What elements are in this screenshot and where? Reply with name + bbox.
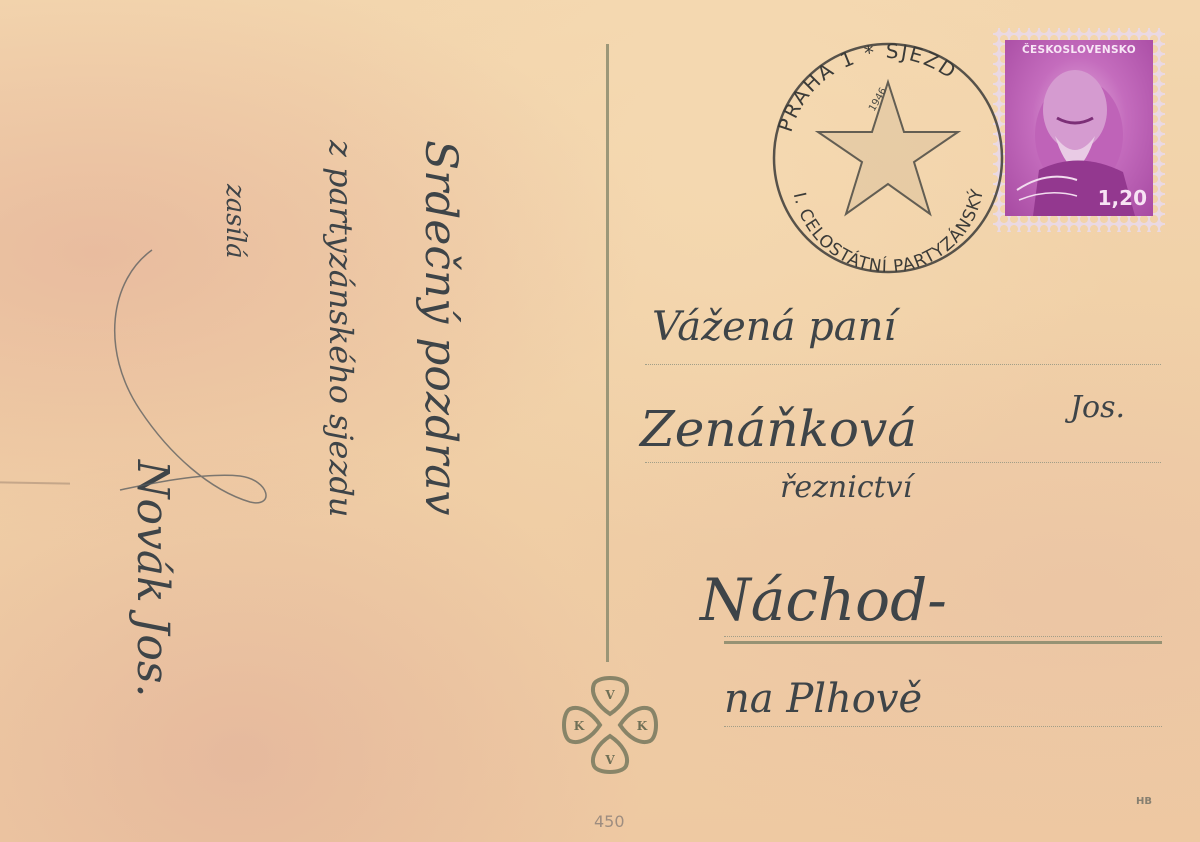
stamp-country: ČESKOSLOVENSKO [1005,44,1153,56]
logo-letter-left: K [574,719,585,733]
address-district: na Plhově [724,676,922,722]
postmark-cancellation: PRAHA 1 * SJEZD I. CELOSTÁTNÍ PARTYZÁNSK… [762,36,1014,280]
stamp-value: 1,20 [1098,186,1147,210]
paper-crease [0,481,70,484]
signature-flourish [100,240,280,520]
logo-letter-bottom: V [604,753,615,767]
address-name-suffix: Jos. [1070,390,1125,425]
address-rule-3-solid [724,641,1162,644]
logo-letter-right: K [637,719,648,733]
address-city: Náchod- [700,566,947,634]
address-rule-3 [724,636,1162,637]
address-business: řeznictví [780,470,912,505]
pencil-note: 450 [594,812,625,831]
postcard-back: Srdečný pozdrav z partyzánského sjezdu z… [0,0,1200,842]
publisher-logo-clover-icon: V K K V [562,674,658,776]
message-line-2: z partyzánského sjezdu [322,140,360,517]
svg-text:I. CELOSTÁTNÍ PARTYZÁNSKÝ: I. CELOSTÁTNÍ PARTYZÁNSKÝ [789,186,988,277]
svg-text:PRAHA 1 * SJEZD: PRAHA 1 * SJEZD [773,39,962,135]
divider-line [606,44,609,662]
message-line-1: Srdečný pozdrav [415,140,466,515]
address-salutation: Vážená paní [652,304,896,350]
postage-stamp-design: ČESKOSLOVENSKO 1,20 [1005,40,1153,216]
postmark-bottom-text: I. CELOSTÁTNÍ PARTYZÁNSKÝ [789,186,988,277]
address-rule-4 [724,726,1162,727]
address-rule-1 [645,364,1161,365]
postmark-star-emblem-icon [818,82,958,214]
address-rule-2 [645,462,1161,463]
postmark-top-text: PRAHA 1 * SJEZD [773,39,962,135]
address-name: Zenáňková [640,400,917,458]
logo-letter-top: V [604,688,615,702]
printer-mark: HB [1136,796,1152,807]
